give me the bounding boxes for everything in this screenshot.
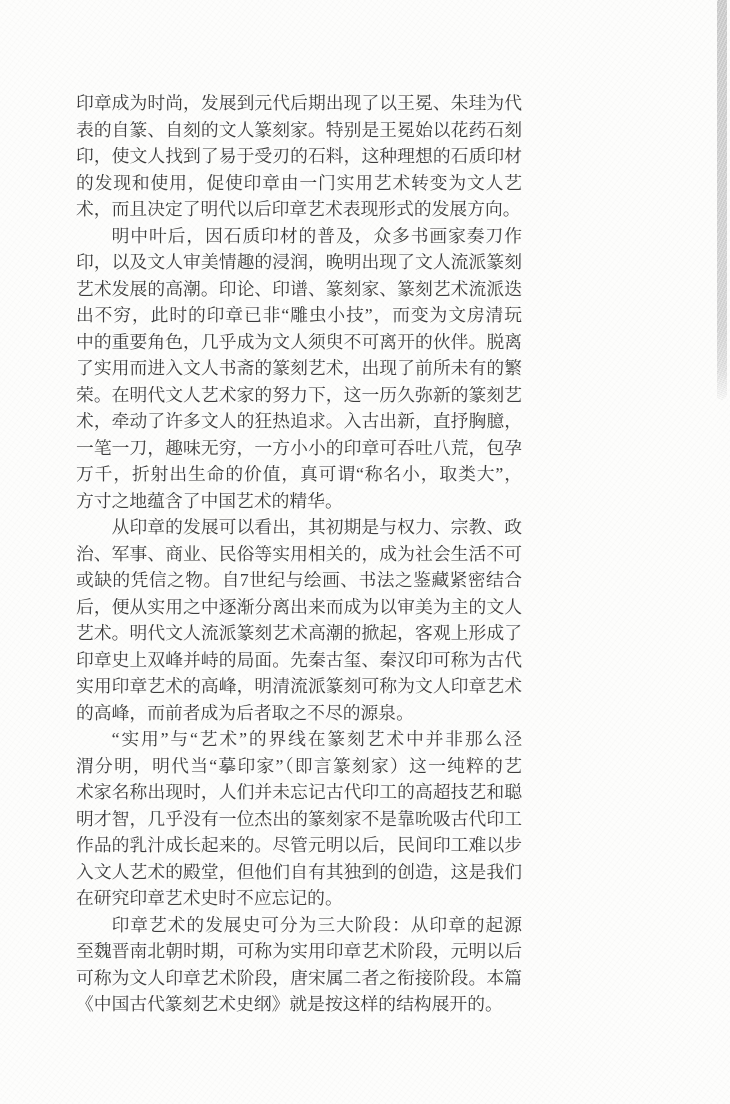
text-line: 艺术发展的高潮。印论、印谱、篆刻家、篆刻艺术流派迭 bbox=[76, 276, 522, 303]
text-line: 术家名称出现时，人们并未忘记古代印工的高超技艺和聪 bbox=[76, 779, 522, 806]
text-line: 印章艺术的发展史可分为三大阶段：从印章的起源 bbox=[76, 912, 522, 939]
text-line: “实用”与“艺术”的界线在篆刻艺术中并非那么泾 bbox=[76, 726, 522, 753]
text-line: 实用印章艺术的高峰，明清流派篆刻可称为文人印章艺术 bbox=[76, 673, 522, 700]
text-line: 印章史上双峰并峙的局面。先秦古玺、秦汉印可称为古代 bbox=[76, 647, 522, 674]
scan-edge-strip bbox=[717, 0, 727, 400]
text-line: 入文人艺术的殿堂，但他们自有其独到的创造，这是我们 bbox=[76, 859, 522, 886]
text-line: 术，牵动了许多文人的狂热追求。入古出新，直抒胸臆， bbox=[76, 408, 522, 435]
paragraph: 明中叶后，因石质印材的普及，众多书画家奏刀作印，以及文人审美情趣的浸润，晚明出现… bbox=[76, 223, 522, 515]
paragraph: 从印章的发展可以看出，其初期是与权力、宗教、政治、军事、商业、民俗等实用相关的，… bbox=[76, 514, 522, 726]
text-line: 艺术。明代文人流派篆刻艺术高潮的掀起，客观上形成了 bbox=[76, 620, 522, 647]
text-line: 方寸之地蕴含了中国艺术的精华。 bbox=[76, 488, 522, 515]
text-line: 中的重要角色，几乎成为文人须臾不可离开的伙伴。脱离 bbox=[76, 329, 522, 356]
text-line: 印，使文人找到了易于受刃的石料，这种理想的石质印材 bbox=[76, 143, 522, 170]
text-line: 一笔一刀，趣味无穷，一方小小的印章可吞吐八荒，包孕 bbox=[76, 435, 522, 462]
text-line: 渭分明，明代当“摹印家”（即言篆刻家）这一纯粹的艺 bbox=[76, 753, 522, 780]
text-line: 荣。在明代文人艺术家的努力下，这一历久弥新的篆刻艺 bbox=[76, 382, 522, 409]
text-line: 治、军事、商业、民俗等实用相关的，成为社会生活不可 bbox=[76, 541, 522, 568]
text-line: 或缺的凭信之物。自7世纪与绘画、书法之鉴藏紧密结合 bbox=[76, 567, 522, 594]
text-line: 从印章的发展可以看出，其初期是与权力、宗教、政 bbox=[76, 514, 522, 541]
body-text: 印章成为时尚，发展到元代后期出现了以王冕、朱珪为代表的自篆、自刻的文人篆刻家。特… bbox=[76, 90, 522, 1018]
text-line: 万千，折射出生命的价值，真可谓“称名小，取类大”， bbox=[76, 461, 522, 488]
paragraph: “实用”与“艺术”的界线在篆刻艺术中并非那么泾渭分明，明代当“摹印家”（即言篆刻… bbox=[76, 726, 522, 912]
text-line: 出不穷，此时的印章已非“雕虫小技”，而变为文房清玩 bbox=[76, 302, 522, 329]
text-line: 后，便从实用之中逐渐分离出来而成为以审美为主的文人 bbox=[76, 594, 522, 621]
scanned-book-page: 印章成为时尚，发展到元代后期出现了以王冕、朱珪为代表的自篆、自刻的文人篆刻家。特… bbox=[0, 0, 730, 1104]
text-line: 术，而且决定了明代以后印章艺术表现形式的发展方向。 bbox=[76, 196, 522, 223]
text-line: 至魏晋南北朝时期，可称为实用印章艺术阶段，元明以后 bbox=[76, 938, 522, 965]
text-line: 可称为文人印章艺术阶段，唐宋属二者之衔接阶段。本篇 bbox=[76, 965, 522, 992]
text-line: 明中叶后，因石质印材的普及，众多书画家奏刀作 bbox=[76, 223, 522, 250]
text-line: 明才智，几乎没有一位杰出的篆刻家不是靠吮吸古代印工 bbox=[76, 806, 522, 833]
paragraph: 印章艺术的发展史可分为三大阶段：从印章的起源至魏晋南北朝时期，可称为实用印章艺术… bbox=[76, 912, 522, 1018]
text-line: 表的自篆、自刻的文人篆刻家。特别是王冕始以花药石刻 bbox=[76, 117, 522, 144]
text-line: 在研究印章艺术史时不应忘记的。 bbox=[76, 885, 522, 912]
text-line: 《中国古代篆刻艺术史纲》就是按这样的结构展开的。 bbox=[76, 991, 522, 1018]
text-line: 作品的乳汁成长起来的。尽管元明以后，民间印工难以步 bbox=[76, 832, 522, 859]
text-line: 了实用而进入文人书斋的篆刻艺术，出现了前所未有的繁 bbox=[76, 355, 522, 382]
text-line: 印章成为时尚，发展到元代后期出现了以王冕、朱珪为代 bbox=[76, 90, 522, 117]
text-line: 的发现和使用，促使印章由一门实用艺术转变为文人艺 bbox=[76, 170, 522, 197]
text-line: 印，以及文人审美情趣的浸润，晚明出现了文人流派篆刻 bbox=[76, 249, 522, 276]
paragraph: 印章成为时尚，发展到元代后期出现了以王冕、朱珪为代表的自篆、自刻的文人篆刻家。特… bbox=[76, 90, 522, 223]
text-line: 的高峰，而前者成为后者取之不尽的源泉。 bbox=[76, 700, 522, 727]
